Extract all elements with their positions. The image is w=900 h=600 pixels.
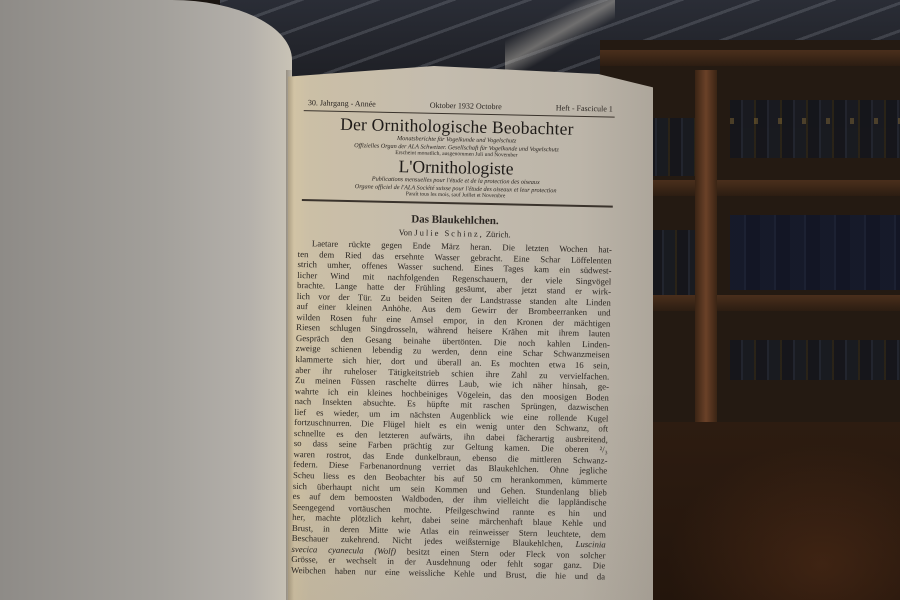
author-location: Zürich. [486,229,511,240]
date-label: Oktober 1932 Octobre [430,101,502,113]
left-page [0,0,292,600]
byline-prefix: Von [399,227,413,237]
species-name: Luscinia [575,539,605,550]
reading-table [640,422,900,600]
author-name: Julie Schinz, [414,227,484,238]
book-row [730,340,900,380]
book-row [730,215,900,290]
shelf-post [695,70,717,450]
article-body: Laetare rückte gegen Ende März heran. Di… [290,238,612,582]
volume-label: 30. Jahrgang - Année [308,98,376,109]
ceiling-light [505,0,615,70]
shelf-board [600,50,900,66]
masthead: Der Ornithologische Beobachter Monatsber… [298,113,615,203]
issue-label: Heft - Fascicule 1 [556,103,613,114]
page-content: 30. Jahrgang - Année Oktober 1932 Octobr… [290,98,615,582]
book-row [730,100,900,158]
